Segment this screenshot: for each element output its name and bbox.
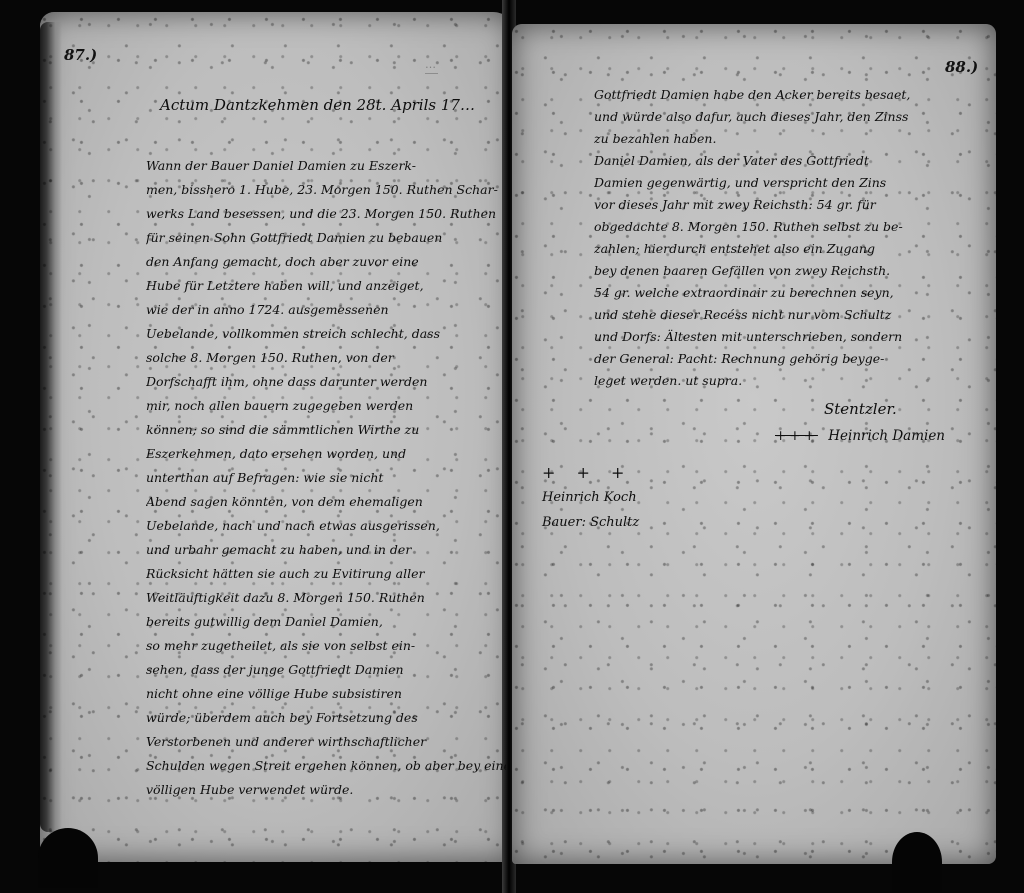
- text-line: würde; überdem auch bey Fortsetzung des: [146, 706, 506, 730]
- page-edge-tab-right: [892, 832, 942, 892]
- manuscript-scan: 87.) … Actum Dantzkehmen den 28t. Aprils…: [0, 0, 1024, 893]
- text-line: wie der in anno 1724. ausgemessenen: [146, 298, 506, 322]
- text-line: Gottfriedt Damien habe den Acker bereits…: [594, 84, 990, 106]
- text-line: Uebelande, vollkommen streich schlecht, …: [146, 322, 506, 346]
- text-line: bey denen baaren Gefällen von zwey Reich…: [594, 260, 990, 282]
- text-line: Weitläuftigkeit dazu 8. Morgen 150. Ruth…: [146, 586, 506, 610]
- text-line: zahlen; hierdurch entstehet also ein Zug…: [594, 238, 990, 260]
- cross-mark: + + +: [542, 460, 639, 485]
- text-line: nicht ohne eine völlige Hube subsistiren: [146, 682, 506, 706]
- right-page-text: Gottfriedt Damien habe den Acker bereits…: [594, 84, 990, 392]
- text-line: bereits gutwillig dem Daniel Damien,: [146, 610, 506, 634]
- text-line: Verstorbenen und anderer wirthschaftlich…: [146, 730, 506, 754]
- text-line: obgedachte 8. Morgen 150. Ruthen selbst …: [594, 216, 990, 238]
- text-line: und Dorfs: Ältesten mit unterschrieben, …: [594, 326, 990, 348]
- cross-mark: +++: [775, 428, 818, 444]
- folio-number-right: 88.): [945, 58, 978, 76]
- signature-title: Bauer: Schultz: [542, 510, 639, 535]
- text-line: Rücksicht hätten sie auch zu Evitirung a…: [146, 562, 506, 586]
- text-line: men, bisshero 1. Hube, 23. Morgen 150. R…: [146, 178, 506, 202]
- text-line: Dorfschafft ihm, ohne dass darunter werd…: [146, 370, 506, 394]
- text-line: und urbahr gemacht zu haben, und in der: [146, 538, 506, 562]
- text-line: werks Land besessen, und die 23. Morgen …: [146, 202, 506, 226]
- document-heading: Actum Dantzkehmen den 28t. Aprils 17…: [160, 96, 475, 114]
- signature-name: Heinrich Damien: [828, 428, 945, 444]
- text-line: Uebelande, nach und nach etwas ausgeriss…: [146, 514, 506, 538]
- text-line: mir, noch allen bauern zugegeben werden: [146, 394, 506, 418]
- folio-number-left: 87.): [64, 46, 97, 64]
- text-line: können; so sind die sämmtlichen Wirthe z…: [146, 418, 506, 442]
- text-line: Daniel Damien, als der Vater des Gottfri…: [594, 150, 990, 172]
- text-line: und würde also dafur, auch dieses Jahr, …: [594, 106, 990, 128]
- signature-heinrich-koch: + + + Heinrich Koch Bauer: Schultz: [542, 460, 639, 535]
- text-line: Hube für Letztere haben will, und anzeig…: [146, 274, 506, 298]
- text-line: Eszerkehmen, dato ersehen worden, und: [146, 442, 506, 466]
- faded-stamp: …: [425, 58, 438, 74]
- text-line: den Anfang gemacht, doch aber zuvor eine: [146, 250, 506, 274]
- text-line: unterthan auf Befragen: wie sie nicht: [146, 466, 506, 490]
- text-line: sehen, dass der junge Gottfriedt Damien: [146, 658, 506, 682]
- text-line: solche 8. Morgen 150. Ruthen, von der: [146, 346, 506, 370]
- text-line: so mehr zugetheilet, als sie von selbst …: [146, 634, 506, 658]
- text-line: zu bezahlen haben.: [594, 128, 990, 150]
- signature-heinrich-damien: +++ Heinrich Damien: [775, 428, 945, 444]
- signature-stentzler: Stentzler.: [824, 400, 897, 418]
- left-page-text: Wann der Bauer Daniel Damien zu Eszerk- …: [146, 154, 506, 802]
- text-line: der General: Pacht: Rechnung gehörig bey…: [594, 348, 990, 370]
- text-line: Wann der Bauer Daniel Damien zu Eszerk-: [146, 154, 506, 178]
- page-edge-tab-left: [38, 828, 98, 888]
- text-line: Schulden wegen Streit ergehen können, ob…: [146, 754, 506, 778]
- text-line: und stehe dieser Recéss nicht nur vom Sc…: [594, 304, 990, 326]
- text-line: Damien gegenwärtig, und verspricht den Z…: [594, 172, 990, 194]
- text-line: Abend sagen könnten, von dem ehemaligen: [146, 490, 506, 514]
- text-line: vor dieses Jahr mit zwey Reichsth: 54 gr…: [594, 194, 990, 216]
- text-line: 54 gr. welche extraordinair zu berechnen…: [594, 282, 990, 304]
- text-line: leget werden. ut supra.: [594, 370, 990, 392]
- text-line: völligen Hube verwendet würde.: [146, 778, 506, 802]
- text-line: für seinen Sohn Gottfriedt Damien zu beb…: [146, 226, 506, 250]
- signature-name: Heinrich Koch: [542, 485, 639, 510]
